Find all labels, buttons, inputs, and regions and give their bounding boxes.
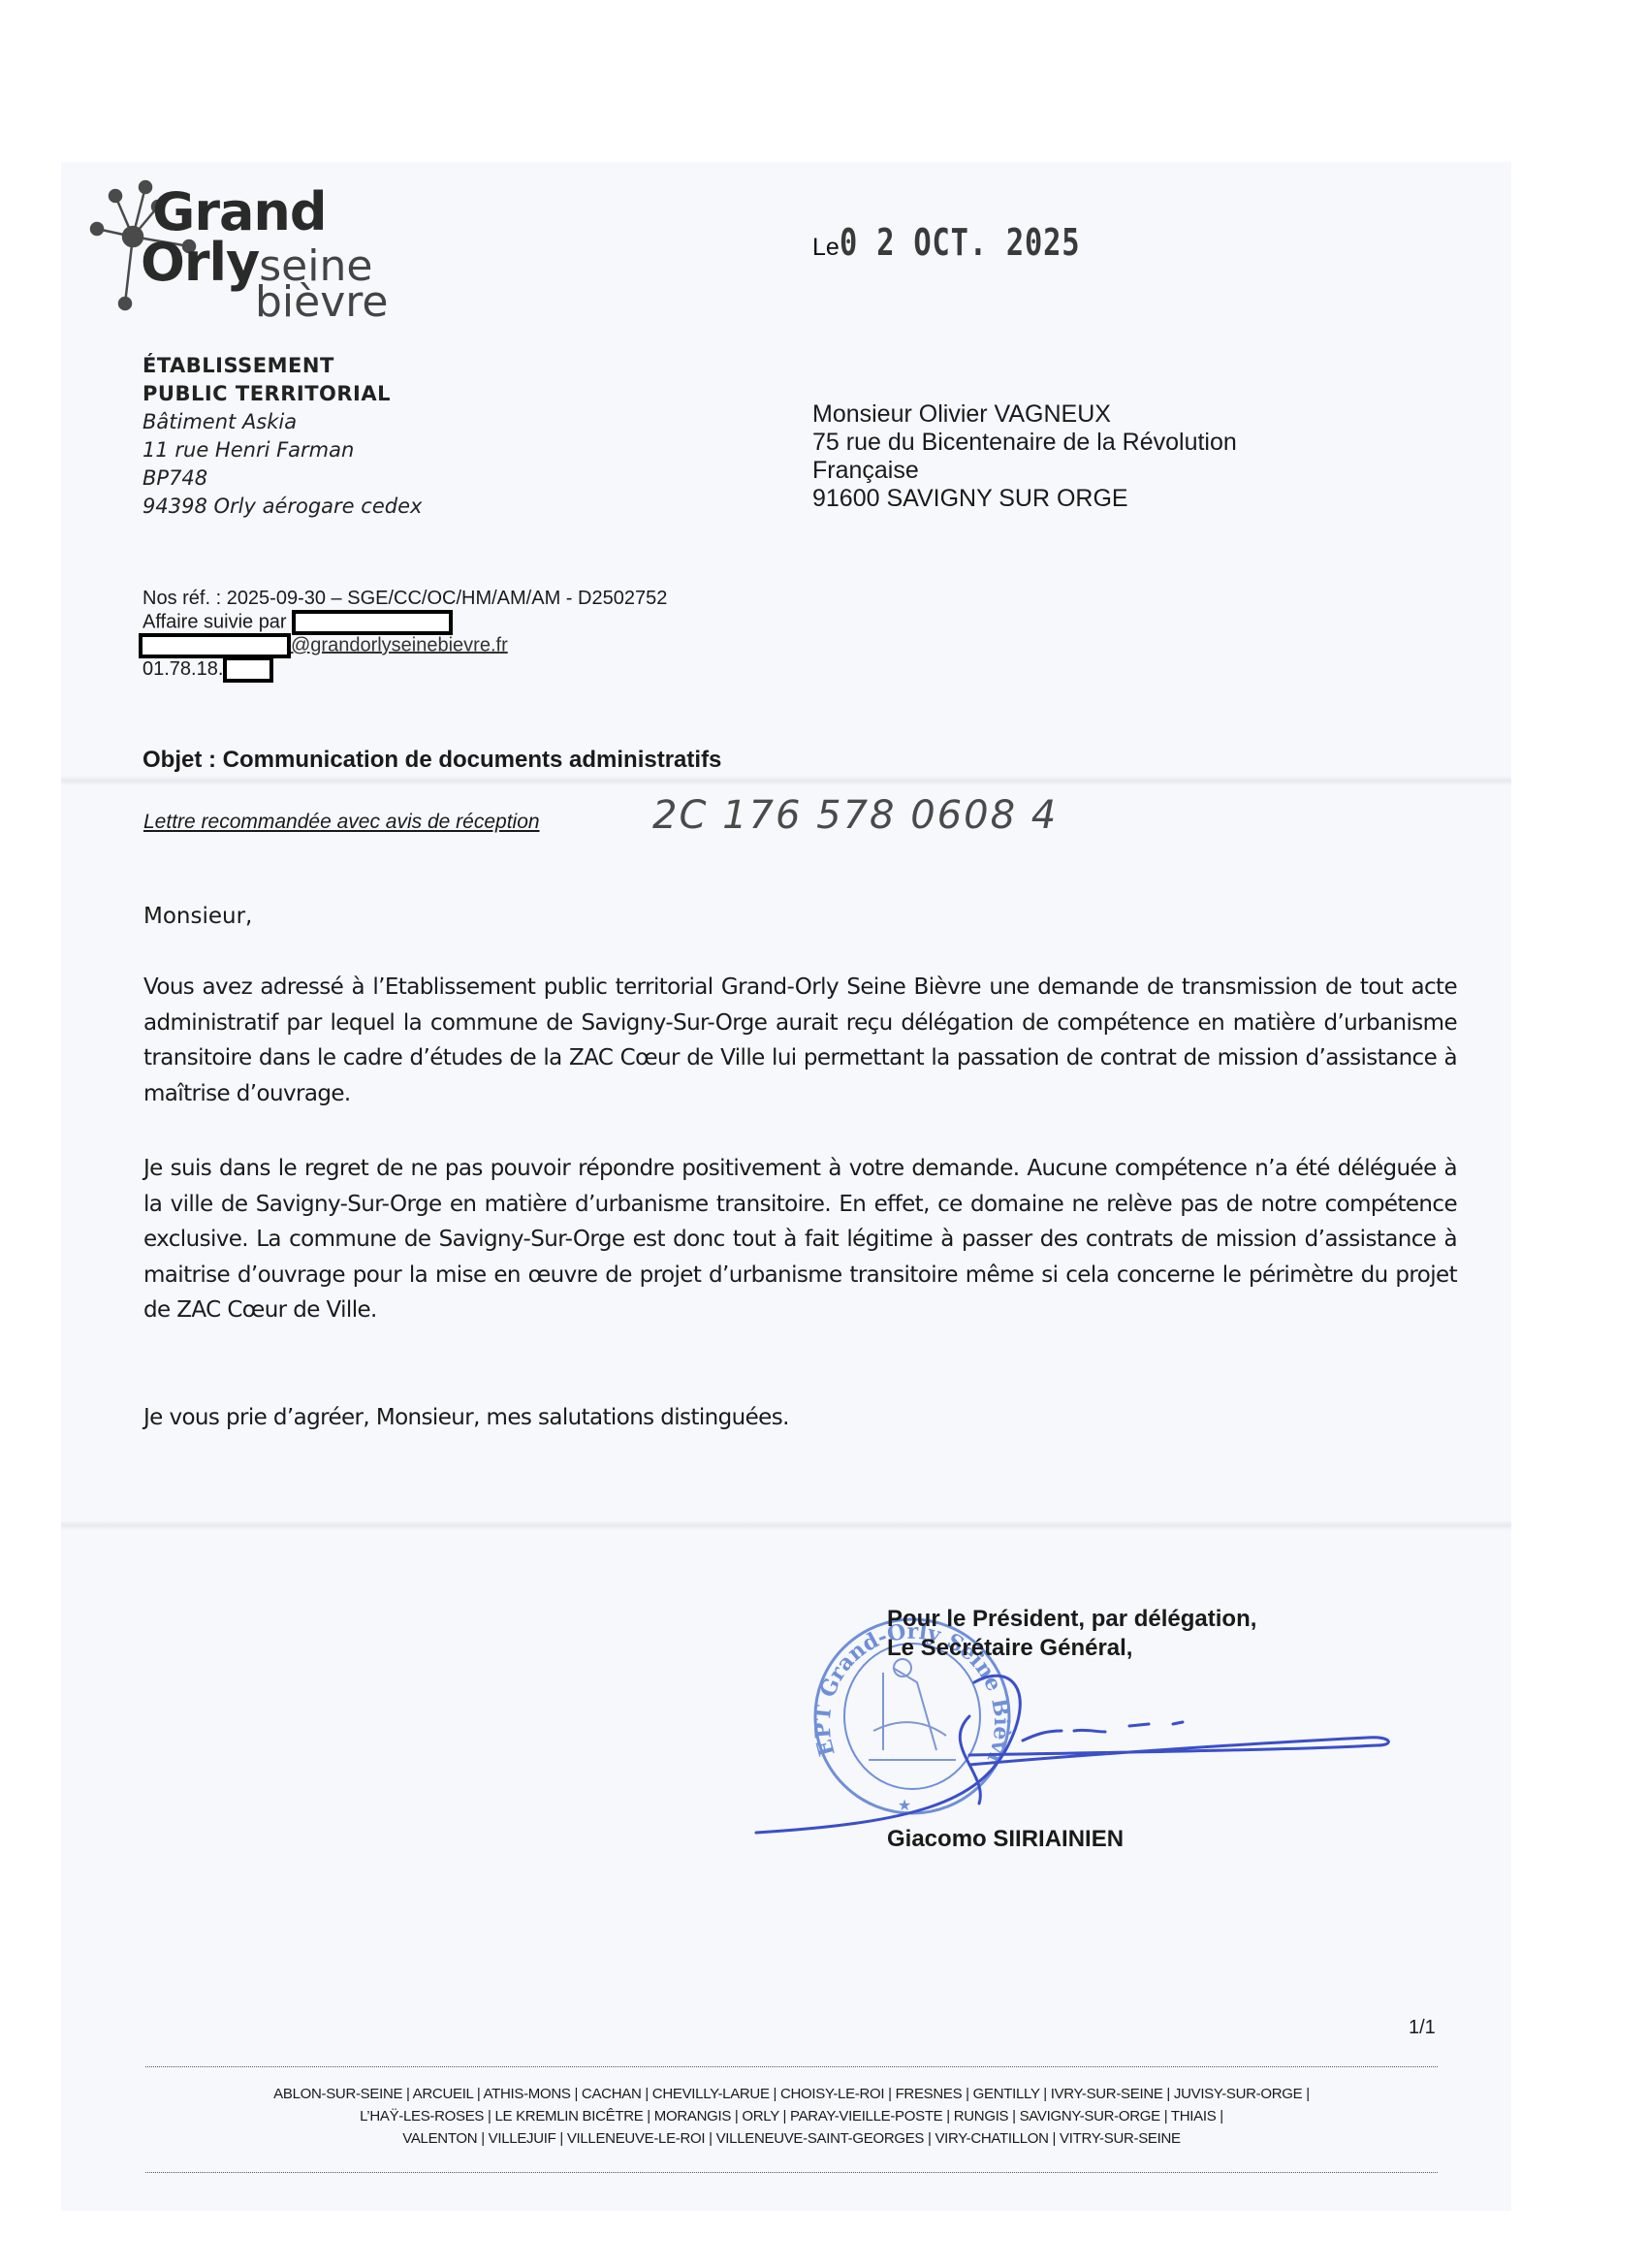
email-domain: @grandorlyseinebievre.fr bbox=[291, 634, 508, 655]
subject-text: Communication de documents administratif… bbox=[223, 747, 722, 773]
recipient-line: Française bbox=[812, 457, 1237, 485]
sender-address-line: 11 rue Henri Farman bbox=[143, 436, 422, 464]
closing-formula: Je vous prie d’agréer, Monsieur, mes sal… bbox=[143, 1405, 789, 1430]
sender-address-line: Bâtiment Askia bbox=[143, 408, 422, 436]
footer-divider-bottom bbox=[145, 2172, 1438, 2173]
email-row: @grandorlyseinebievre.fr bbox=[143, 633, 667, 656]
redacted-email-user bbox=[139, 633, 291, 658]
member-towns-list: ABLON-SUR-SEINE | ARCUEIL | ATHIS-MONS |… bbox=[145, 2083, 1438, 2150]
recipient-line: 91600 SAVIGNY SUR ORGE bbox=[812, 485, 1237, 513]
subject-label: Objet : bbox=[143, 747, 216, 773]
recipient-address: Monsieur Olivier VAGNEUX 75 rue du Bicen… bbox=[812, 400, 1237, 513]
registered-mail-label: Lettre recommandée avec avis de réceptio… bbox=[143, 811, 540, 834]
sender-logo: Grand Orlyseine bièvre bbox=[82, 173, 431, 337]
member-towns-line: VALENTON | VILLEJUIF | VILLENEUVE-LE-ROI… bbox=[145, 2127, 1438, 2150]
sender-address-block: ÉTABLISSEMENT PUBLIC TERRITORIAL Bâtimen… bbox=[143, 352, 422, 521]
salutation: Monsieur, bbox=[143, 904, 252, 929]
recipient-line: 75 rue du Bicentenaire de la Révolution bbox=[812, 429, 1237, 457]
signature-block: Pour le Président, par délégation, Le Se… bbox=[887, 1605, 1256, 1663]
logo-text-bievre: bièvre bbox=[255, 281, 388, 324]
signature-delegation-line: Pour le Président, par délégation, bbox=[887, 1605, 1256, 1634]
redacted-phone bbox=[223, 656, 273, 683]
logo-text-orly: Orly bbox=[141, 232, 259, 293]
case-followed-by-label: Affaire suivie par bbox=[143, 611, 287, 632]
letter-date: Le0 2 OCT. 2025 bbox=[812, 221, 1140, 264]
footer-divider-top bbox=[145, 2066, 1438, 2067]
member-towns-line: L’HAŸ-LES-ROSES | LE KREMLIN BICÊTRE | M… bbox=[145, 2105, 1438, 2127]
tracking-number-handwritten: 2C 176 578 0608 4 bbox=[652, 793, 1058, 838]
recipient-line: Monsieur Olivier VAGNEUX bbox=[812, 400, 1237, 429]
handwritten-signature-icon bbox=[746, 1658, 1425, 1852]
phone-prefix: 01.78.18. bbox=[143, 658, 223, 680]
our-reference: Nos réf. : 2025-09-30 – SGE/CC/OC/HM/AM/… bbox=[143, 588, 667, 610]
reference-block: Nos réf. : 2025-09-30 – SGE/CC/OC/HM/AM/… bbox=[143, 588, 667, 680]
phone-row: 01.78.18. bbox=[143, 656, 667, 680]
org-name-line2: PUBLIC TERRITORIAL bbox=[143, 380, 422, 408]
member-towns-line: ABLON-SUR-SEINE | ARCUEIL | ATHIS-MONS |… bbox=[145, 2083, 1438, 2105]
paper-fold-bottom bbox=[61, 1520, 1511, 1530]
org-name-line1: ÉTABLISSEMENT bbox=[143, 352, 422, 380]
body-paragraph-1: Vous avez adressé à l’Etablissement publ… bbox=[143, 970, 1457, 1111]
date-prefix: Le bbox=[812, 234, 840, 261]
paper-fold-top bbox=[61, 776, 1511, 785]
body-paragraph-2: Je suis dans le regret de ne pas pouvoir… bbox=[143, 1151, 1457, 1328]
page-number: 1/1 bbox=[1409, 2017, 1436, 2039]
subject-line: Objet : Communication de documents admin… bbox=[143, 747, 721, 774]
logo-text-grand: Grand bbox=[152, 186, 327, 239]
sender-address-line: 94398 Orly aérogare cedex bbox=[143, 493, 422, 521]
date-stamp: 0 2 OCT. 2025 bbox=[840, 221, 1080, 264]
sender-address-line: BP748 bbox=[143, 464, 422, 493]
redacted-name bbox=[292, 610, 453, 635]
case-followed-by-row: Affaire suivie par bbox=[143, 610, 667, 633]
